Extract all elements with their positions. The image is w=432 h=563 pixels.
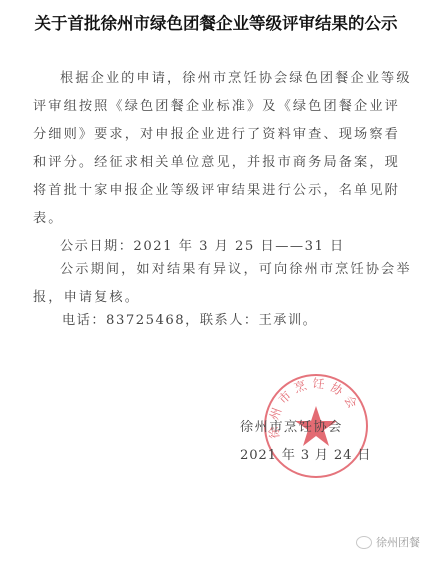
document-title: 关于首批徐州市绿色团餐企业等级评审结果的公示 — [0, 10, 432, 34]
signature-date: 2021 年 3 月 24 日 — [240, 444, 371, 463]
wechat-icon — [356, 536, 372, 549]
publicity-date: 公示日期：2021 年 3 月 25 日——31 日 — [60, 235, 345, 254]
watermark-label: 徐州团餐 — [376, 534, 420, 550]
contact-info: 电话：83725468，联系人：王承训。 — [62, 309, 317, 328]
watermark: 徐州团餐 — [356, 534, 420, 550]
paragraph-objection: 公示期间，如对结果有异议，可向徐州市烹饪协会举报，申请复核。 — [33, 256, 413, 312]
signature-organization: 徐州市烹饪协会 — [240, 416, 343, 435]
paragraph-application: 根据企业的申请，徐州市烹饪协会绿色团餐企业等级评审组按照《绿色团餐企业标准》及《… — [33, 65, 413, 233]
